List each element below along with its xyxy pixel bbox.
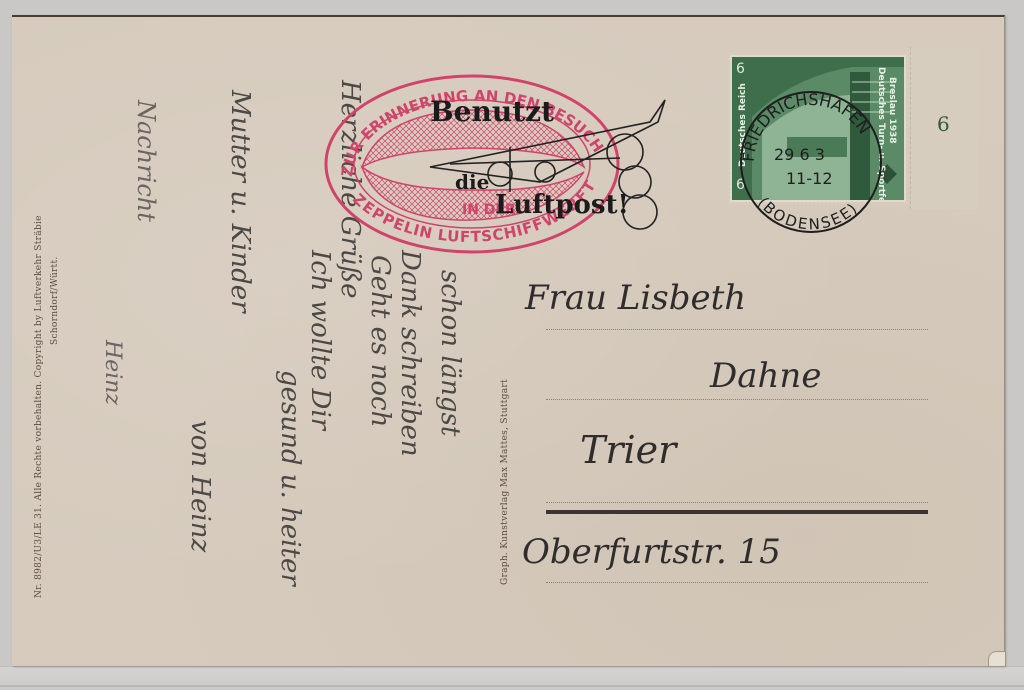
publisher-imprint-line1: Nr. 8982/U3/LE 31. Alle Rechte vorbehalt… — [34, 215, 44, 598]
card-corner-wear — [988, 651, 1006, 667]
message-line: Mutter u. Kinder — [225, 90, 255, 313]
sheet-margin-number: 6 — [937, 112, 950, 136]
postmark: FRIEDRICHSHAFEN (BODENSEE) 29 6 3 11-12 — [736, 87, 886, 237]
message-line: schon längst — [435, 270, 465, 436]
postmark-date: 29 6 3 — [774, 145, 825, 164]
message-line: gesund u. heiter — [275, 370, 305, 586]
message-line: von Heinz — [185, 420, 215, 552]
address-line-2: Dahne — [710, 356, 821, 396]
address-line-3: Trier — [580, 428, 676, 472]
stamp-inscription-1: Breslau 1938 — [887, 77, 897, 144]
message-line-faint: Nachricht — [132, 100, 160, 222]
address-solid-rule — [546, 510, 928, 514]
slogan-line3: Luftpost! — [495, 190, 629, 220]
address-line-1: Frau Lisbeth — [525, 278, 746, 318]
address-dotted-line — [546, 399, 928, 400]
address-dotted-line — [546, 329, 928, 330]
slogan-line1: Benutzt — [430, 95, 554, 128]
printer-imprint: Graph. Kunstverlag Max Mattes, Stuttgart — [500, 379, 510, 585]
address-dotted-line — [546, 502, 928, 503]
message-line-faint: Heinz — [100, 340, 125, 405]
slogan-line2: die — [455, 170, 489, 194]
postmark-time: 11-12 — [786, 169, 833, 188]
message-line: Geht es noch — [365, 255, 395, 427]
address-dotted-line — [546, 582, 928, 583]
stamp-value-top: 6 — [736, 61, 745, 77]
svg-text:(BODENSEE): (BODENSEE) — [754, 194, 860, 234]
publisher-imprint-line2: Schorndorf/Württ. — [50, 256, 60, 345]
protective-sleeve-edge — [0, 666, 1024, 690]
message-line: Dank schreiben — [395, 250, 425, 457]
address-line-4: Oberfurtstr. 15 — [522, 532, 781, 572]
message-line: Ich wollte Dir — [305, 250, 335, 430]
